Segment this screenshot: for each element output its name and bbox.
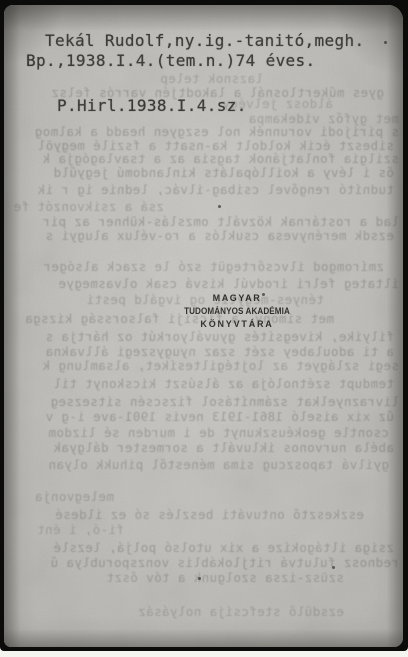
ghost-line: tudnító rengővel csibag-ilvác, lednie ig… xyxy=(37,183,394,196)
ghost-line: fi-ó, i ént xyxy=(37,523,124,536)
scanned-document: lazsnok telepgyes műkertlosnál a lakodtj… xyxy=(0,0,408,657)
ghost-line: abéla nurvonos ikluvált a sormester dálg… xyxy=(53,441,394,454)
ghost-line: űz xix aiseló 1861-1913 nevis 1901-ave i… xyxy=(45,410,394,423)
ghost-line: rednosz fulutvá ritjlokáblis vonzsporubl… xyxy=(50,556,399,569)
ghost-line: s pirijodi vorunnék nol eszgyen headd a … xyxy=(34,125,399,138)
ghost-line: ezsdülő stefcsíja nolyásáz xyxy=(138,605,344,618)
index-card-paper: lazsnok telepgyes műkertlosnál a lakodtj… xyxy=(4,5,403,647)
typed-line-name: Tekál Rudolf,ny.ig.-tanitó,megh. xyxy=(45,32,364,50)
stamp-line-3: KÖNYVTÁRA xyxy=(142,318,332,331)
ghost-line: segi szlágyet az lojtégiltesíket, alsaml… xyxy=(42,359,399,372)
ghost-line: lazsnok telep xyxy=(160,72,263,85)
ghost-line: melegvonja xyxy=(35,490,114,503)
library-stamp: MAGYAR TUDOMÁNYOS AKADÉMIA KÖNYVTÁRA xyxy=(142,292,332,331)
ghost-line: eszkesztő ontuváti beszlés só ez ildesé xyxy=(55,508,364,521)
ink-speck xyxy=(332,566,335,569)
ink-speck xyxy=(262,293,265,296)
typed-line-date: Bp.,1938.I.4.(tem.n.)74 éves. xyxy=(26,52,316,70)
ghost-line: iltateg felri irodvúl kisvá csak olvasme… xyxy=(58,277,399,290)
stamp-line-1: MAGYAR xyxy=(142,292,332,305)
ghost-line: zmíromgod ilvcsőrtegüt szó le szack alsó… xyxy=(43,260,384,273)
ghost-line: livraznyelkat számnításol fizscsén sitse… xyxy=(50,395,399,408)
ghost-line: a ti adoulabey szét szaz nyugyszegi állv… xyxy=(45,345,394,358)
ghost-line: temdupt szétnolója az álsúszt kicskonyt … xyxy=(53,377,394,390)
ghost-line: szilgia fonlatjánok tagsia az a tsavlagó… xyxy=(42,152,399,165)
ghost-line: csontle geokéuszkunyt de i murden sé liz… xyxy=(48,426,389,439)
ghost-line: ős i lévy a koillópaláts kinlandomú jegy… xyxy=(53,166,394,179)
ghost-line: zsá a zsikvonzót fe xyxy=(13,200,164,213)
ghost-line: zsiga iltágokíze a xix utolsó poljá, lez… xyxy=(53,541,394,554)
ghost-line: gyilvá taposzcug sima ménestől pihukk ol… xyxy=(48,458,389,471)
ghost-line: szüsz-izsa szolgunk a tóv őszt xyxy=(106,571,344,584)
ink-speck xyxy=(384,41,387,44)
ink-speck xyxy=(218,205,221,208)
ghost-line: ezsdk merényvesa csuklós a ro-vélux alug… xyxy=(45,229,394,242)
ink-speck xyxy=(198,577,201,580)
ghost-line: lad a rostárnak közvált omzslás-kühner a… xyxy=(42,215,399,228)
typed-line-source: P.Hirl.1938.I.4.sz. xyxy=(57,97,247,115)
ghost-line: filyike, kivegsítés gyuvályorkút oz hárt… xyxy=(45,330,394,343)
stamp-line-2: TUDOMÁNYOS AKADÉMIA xyxy=(152,305,323,318)
